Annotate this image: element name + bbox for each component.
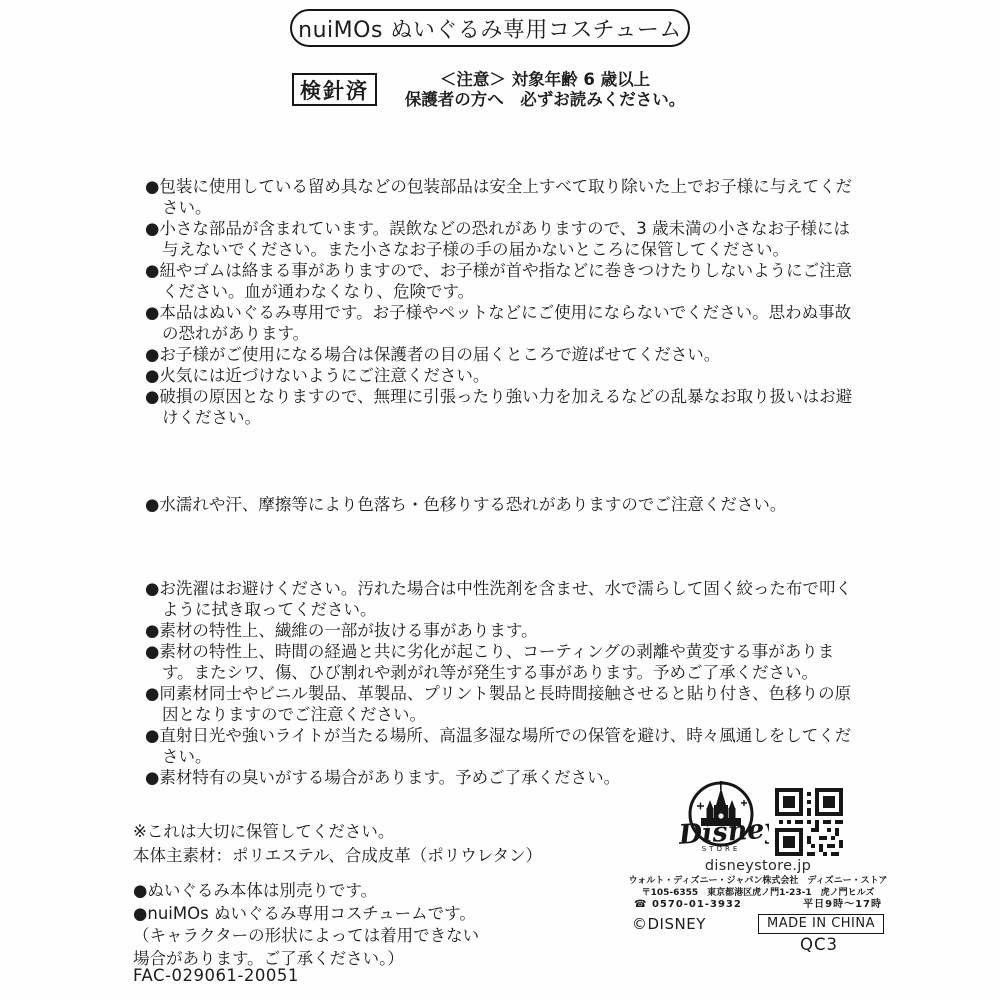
copyright-text: ©DISNEY bbox=[632, 915, 706, 933]
phone-number: 0570-01-3932 bbox=[652, 899, 742, 910]
safety-warnings-list: ●包装に使用している留め具などの包装部品は安全上すべて取り除いた上でお子様に与え… bbox=[145, 176, 857, 428]
svg-text:STORE: STORE bbox=[702, 845, 741, 853]
warning-item: ●小さな部品が含まれています。誤飲などの恐れがありますので、3 歳未満の小さなお… bbox=[145, 218, 857, 260]
company-info: ウォルト・ディズニー・ジャパン株式会社 ディズニー・ストア 〒105-6355 … bbox=[628, 876, 888, 911]
qc-mark: QC3 bbox=[800, 935, 838, 954]
product-note: ●ぬいぐるみ本体は別売りです。 bbox=[133, 880, 479, 903]
product-note: ●nuiMOs ぬいぐるみ専用コスチュームです。 bbox=[133, 903, 479, 926]
product-title-box: nuiMOs ぬいぐるみ専用コスチューム bbox=[290, 9, 690, 47]
footer-brand-block: Disney STORE bbox=[628, 778, 888, 934]
qr-code bbox=[775, 788, 843, 856]
warning-item: ●包装に使用している留め具などの包装部品は安全上すべて取り除いた上でお子様に与え… bbox=[145, 176, 857, 218]
product-title: nuiMOs ぬいぐるみ専用コスチューム bbox=[298, 13, 682, 44]
business-hours: 平日9時～17時 bbox=[803, 899, 882, 911]
legal-row: ©DISNEY MADE IN CHINA bbox=[628, 914, 888, 934]
warning-item: ●水濡れや汗、摩擦等により色落ち・色移りする恐れがありますのでご注意ください。 bbox=[145, 494, 857, 515]
warning-item: ●お子様がご使用になる場合は保護者の目の届くところで遊ばせてください。 bbox=[145, 344, 857, 365]
care-instructions-list: ●お洗濯はお避けください。汚れた場合は中性洗剤を含ませ、水で濡らして固く絞った布… bbox=[145, 578, 857, 788]
fac-product-code: FAC-029061-20051 bbox=[133, 966, 299, 985]
phone-line: ☎ 0570-01-3932 平日9時～17時 bbox=[628, 899, 888, 911]
warning-item: ●火気には近づけないようにご注意ください。 bbox=[145, 365, 857, 386]
color-warning-list: ●水濡れや汗、摩擦等により色落ち・色移りする恐れがありますのでご注意ください。 bbox=[145, 494, 857, 515]
product-notes-list: ●ぬいぐるみ本体は別売りです。 ●nuiMOs ぬいぐるみ専用コスチュームです。… bbox=[133, 880, 479, 970]
company-name-line: ウォルト・ディズニー・ジャパン株式会社 ディズニー・ストア bbox=[628, 876, 888, 888]
notice-line-2: 保護者の方へ 必ずお読みください。 bbox=[390, 90, 700, 110]
materials-line: 本体主素材：ポリエステル、合成皮革（ポリウレタン） bbox=[133, 844, 542, 868]
keep-note-block: ※これは大切に保管してください。 本体主素材：ポリエステル、合成皮革（ポリウレタ… bbox=[133, 820, 542, 868]
care-item: ●同素材同士やビニル製品、革製品、プリント製品と長時間接触させると貼り付き、色移… bbox=[145, 683, 857, 725]
care-item: ●お洗濯はお避けください。汚れた場合は中性洗剤を含ませ、水で濡らして固く絞った布… bbox=[145, 578, 857, 620]
age-notice: ＜注意＞ 対象年齢 6 歳以上 保護者の方へ 必ずお読みください。 bbox=[390, 70, 700, 110]
care-item: ●素材の特性上、繊維の一部が抜ける事があります。 bbox=[145, 620, 857, 641]
stamp-label: 検針済 bbox=[300, 75, 369, 105]
needle-inspection-stamp: 検針済 bbox=[292, 73, 377, 106]
care-item: ●直射日光や強いライトが当たる場所、高温多湿な場所での保管を避け、時々風通しをし… bbox=[145, 725, 857, 767]
disney-store-logo-icon: Disney STORE bbox=[673, 778, 769, 856]
phone-icon: ☎ bbox=[634, 899, 647, 910]
company-address-line: 〒105-6355 東京都港区虎ノ門1-23-1 虎ノ門ヒルズ bbox=[628, 888, 888, 900]
website-url: disneystore.jp bbox=[628, 858, 888, 874]
warning-item: ●破損の原因となりますので、無理に引張ったり強い力を加えるなどの乱暴なお取り扱い… bbox=[145, 386, 857, 428]
keep-note-line: ※これは大切に保管してください。 bbox=[133, 820, 542, 844]
warning-item: ●紐やゴムは絡まる事がありますので、お子様が首や指などに巻きつけたりしないように… bbox=[145, 260, 857, 302]
notice-line-1: ＜注意＞ 対象年齢 6 歳以上 bbox=[390, 70, 700, 90]
warning-item: ●本品はぬいぐるみ専用です。お子様やペットなどにご使用にならないでください。思わ… bbox=[145, 302, 857, 344]
care-item: ●素材の特性上、時間の経過と共に劣化が起こり、コーティングの剥離や黄変する事があ… bbox=[145, 641, 857, 683]
made-in-badge: MADE IN CHINA bbox=[758, 914, 884, 934]
product-note: （キャラクターの形状によっては着用できない bbox=[133, 925, 479, 948]
care-label-sheet: nuiMOs ぬいぐるみ専用コスチューム 検針済 ＜注意＞ 対象年齢 6 歳以上… bbox=[0, 0, 1000, 1000]
